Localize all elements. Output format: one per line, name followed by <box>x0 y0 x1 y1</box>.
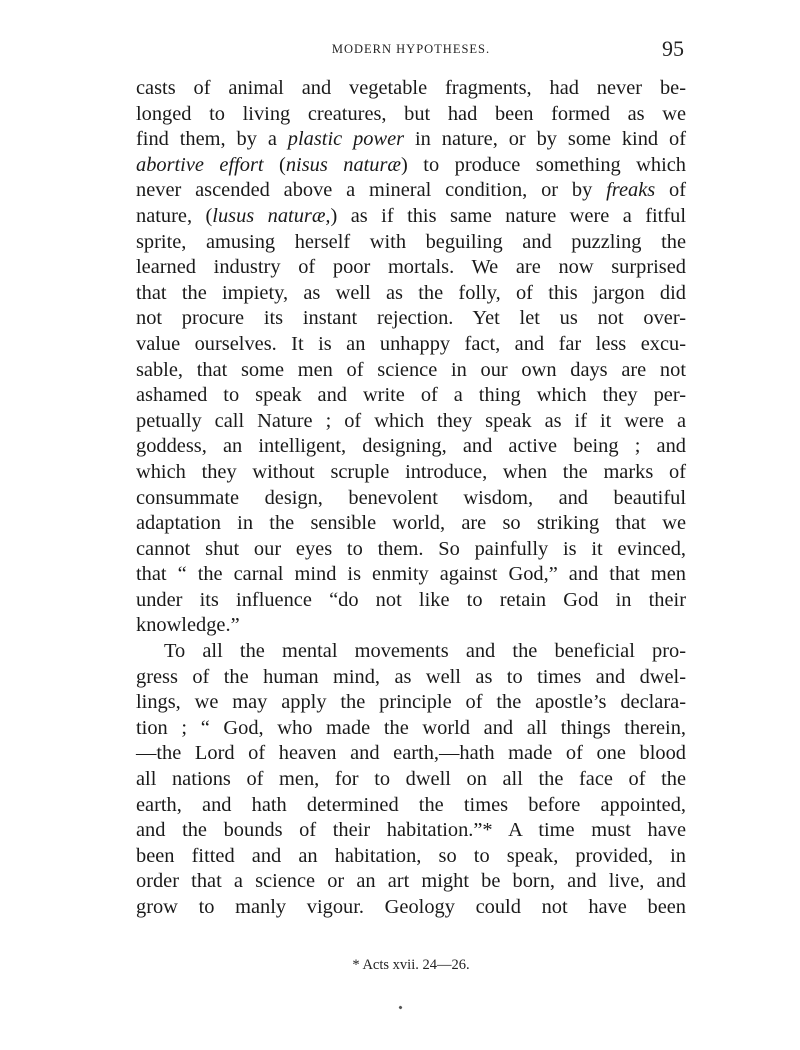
text-line: sprite, amusing herself with beguiling a… <box>136 230 686 256</box>
italic-text: abortive effort <box>136 154 264 176</box>
text-segment: been fitted and an habitation, so to spe… <box>136 845 686 867</box>
text-segment: that “ the carnal mind is enmity against… <box>136 563 686 585</box>
text-line: been fitted and an habitation, so to spe… <box>136 844 686 870</box>
text-segment: cannot shut our eyes to them. So painful… <box>136 538 686 560</box>
text-segment: ( <box>264 154 286 176</box>
text-line: value ourselves. It is an unhappy fact, … <box>136 332 686 358</box>
text-line: not procure its instant rejection. Yet l… <box>136 306 686 332</box>
text-line: find them, by a plastic power in nature,… <box>136 127 686 153</box>
text-line: under its influence “do not like to reta… <box>136 588 686 614</box>
text-line: lings, we may apply the principle of the… <box>136 690 686 716</box>
text-line: consummate design, benevolent wisdom, an… <box>136 486 686 512</box>
text-segment: sprite, amusing herself with beguiling a… <box>136 231 686 253</box>
text-segment: sable, that some men of science in our o… <box>136 359 686 381</box>
text-segment: not procure its instant rejection. Yet l… <box>136 307 686 329</box>
text-line: cannot shut our eyes to them. So painful… <box>136 537 686 563</box>
text-segment: ashamed to speak and write of a thing wh… <box>136 384 686 406</box>
text-segment: tion ; “ God, who made the world and all… <box>136 717 686 739</box>
text-segment: petually call Nature ; of which they spe… <box>136 410 686 432</box>
text-line: abortive effort (nisus naturæ) to produc… <box>136 153 686 179</box>
text-line: —the Lord of heaven and earth,—hath made… <box>136 741 686 767</box>
text-line: which they without scruple introduce, wh… <box>136 460 686 486</box>
text-segment: knowledge.” <box>136 614 240 636</box>
text-segment: value ourselves. It is an unhappy fact, … <box>136 333 686 355</box>
text-line: adaptation in the sensible world, are so… <box>136 511 686 537</box>
text-segment: adaptation in the sensible world, are so… <box>136 512 686 534</box>
text-segment: To all the mental movements and the bene… <box>164 640 686 662</box>
text-segment: under its influence “do not like to reta… <box>136 589 686 611</box>
text-line: that the impiety, as well as the folly, … <box>136 281 686 307</box>
text-segment: order that a science or an art might be … <box>136 870 686 892</box>
text-line: earth, and hath determined the times bef… <box>136 793 686 819</box>
text-segment: longed to living creatures, but had been… <box>136 103 686 125</box>
text-line: To all the mental movements and the bene… <box>136 639 686 665</box>
text-segment: consummate design, benevolent wisdom, an… <box>136 487 686 509</box>
text-line: tion ; “ God, who made the world and all… <box>136 716 686 742</box>
text-line: goddess, an intelligent, designing, and … <box>136 434 686 460</box>
text-segment: gress of the human mind, as well as to t… <box>136 666 686 688</box>
page-number: 95 <box>662 36 684 62</box>
running-head: MODERN HYPOTHESES. 95 <box>136 38 686 62</box>
text-line: learned industry of poor mortals. We are… <box>136 255 686 281</box>
text-segment: lings, we may apply the principle of the… <box>136 691 686 713</box>
text-segment: ) as if this same nature were a fitful <box>331 205 686 227</box>
text-line: knowledge.” <box>136 613 686 639</box>
scan-speck <box>398 1005 402 1009</box>
footnote: * Acts xvii. 24—26. <box>136 957 686 974</box>
text-segment: goddess, an intelligent, designing, and … <box>136 435 686 457</box>
text-segment: learned industry of poor mortals. We are… <box>136 256 686 278</box>
italic-text: nisus naturæ <box>286 154 401 176</box>
book-page: MODERN HYPOTHESES. 95 casts of animal an… <box>0 0 800 1050</box>
text-line: and the bounds of their habitation.”* A … <box>136 818 686 844</box>
text-segment: casts of animal and vegetable fragments,… <box>136 77 686 99</box>
text-line: nature, (lusus naturæ,) as if this same … <box>136 204 686 230</box>
body-text: casts of animal and vegetable fragments,… <box>136 76 686 921</box>
text-line: sable, that some men of science in our o… <box>136 358 686 384</box>
running-title: MODERN HYPOTHESES. <box>136 42 686 57</box>
text-segment: in nature, or by some kind of <box>404 128 686 150</box>
italic-text: plastic power <box>288 128 404 150</box>
text-segment: all nations of men, for to dwell on all … <box>136 768 686 790</box>
text-segment: earth, and hath determined the times bef… <box>136 794 686 816</box>
text-line: all nations of men, for to dwell on all … <box>136 767 686 793</box>
text-segment: never ascended above a mineral condition… <box>136 179 606 201</box>
text-segment: nature, ( <box>136 205 212 227</box>
text-segment: —the Lord of heaven and earth,—hath made… <box>136 742 686 764</box>
text-line: order that a science or an art might be … <box>136 869 686 895</box>
text-segment: find them, by a <box>136 128 288 150</box>
text-line: grow to manly vigour. Geology could not … <box>136 895 686 921</box>
italic-text: lusus naturæ, <box>212 205 330 227</box>
text-line: casts of animal and vegetable fragments,… <box>136 76 686 102</box>
text-line: petually call Nature ; of which they spe… <box>136 409 686 435</box>
text-line: that “ the carnal mind is enmity against… <box>136 562 686 588</box>
italic-text: freaks <box>606 179 655 201</box>
text-segment: grow to manly vigour. Geology could not … <box>136 896 686 918</box>
text-line: ashamed to speak and write of a thing wh… <box>136 383 686 409</box>
text-segment: of <box>655 179 686 201</box>
text-segment: ) to produce something which <box>401 154 686 176</box>
text-line: longed to living creatures, but had been… <box>136 102 686 128</box>
text-segment: which they without scruple introduce, wh… <box>136 461 686 483</box>
text-segment: and the bounds of their habitation.”* A … <box>136 819 686 841</box>
text-segment: that the impiety, as well as the folly, … <box>136 282 686 304</box>
text-line: gress of the human mind, as well as to t… <box>136 665 686 691</box>
text-line: never ascended above a mineral condition… <box>136 178 686 204</box>
